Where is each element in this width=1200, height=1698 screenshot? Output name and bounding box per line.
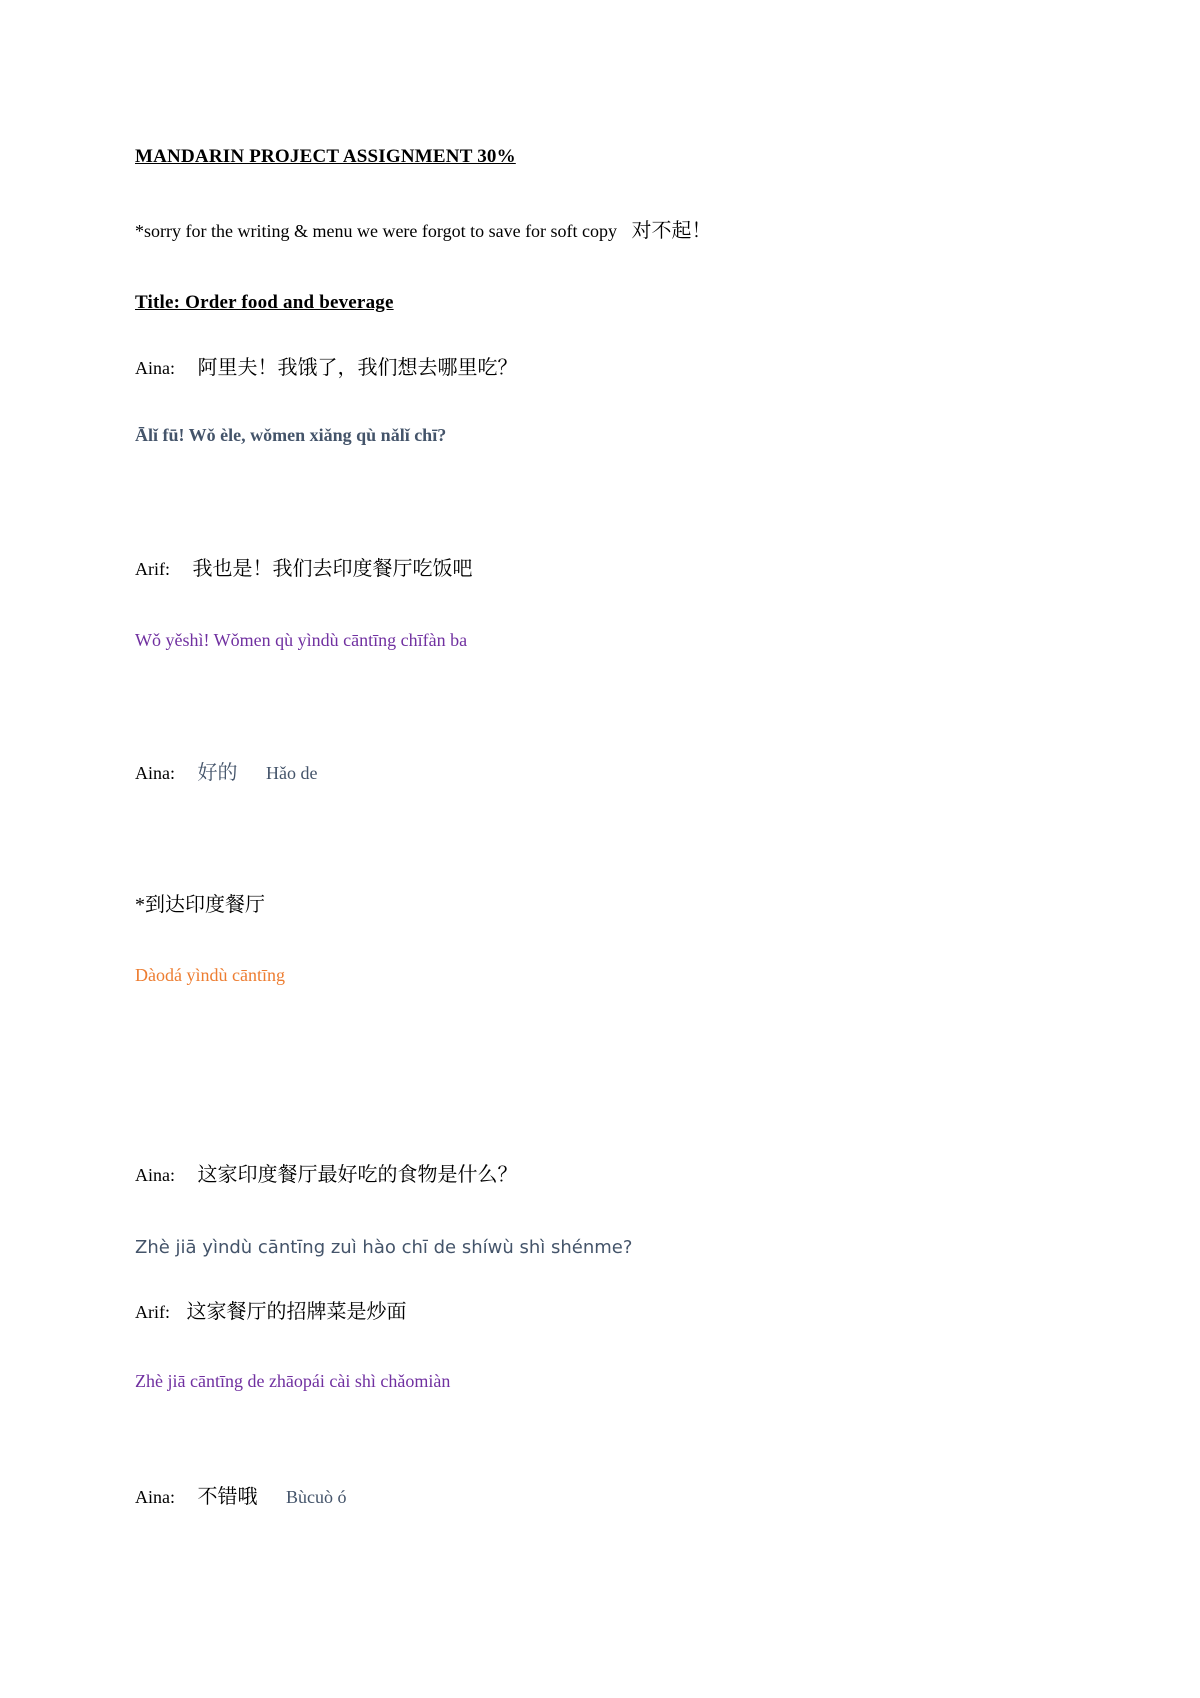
apology-note-english: *sorry for the writing & menu we were fo…	[135, 221, 617, 241]
dialogue-line-aina-3: Aina: 这家印度餐厅最好吃的食物是什么？	[135, 1163, 518, 1188]
chinese-text-aina-2: 好的	[198, 762, 238, 784]
chinese-text-arif-1: 我也是！我们去印度餐厅吃饭吧	[193, 558, 473, 580]
dialogue-line-aina-4: Aina: 不错哦 Bùcuò ó	[135, 1485, 347, 1510]
pinyin-text-aina-4: Bùcuò ó	[286, 1486, 347, 1509]
dialogue-line-aina-2: Aina: 好的 Hǎo de	[135, 761, 317, 786]
chinese-text-aina-1: 阿里夫！我饿了，我们想去哪里吃？	[198, 357, 518, 379]
document-subtitle: Title: Order food and beverage	[135, 291, 394, 315]
pinyin-text-arif-1: Wǒ yěshì! Wǒmen qù yìndù cāntīng chīfàn …	[135, 629, 467, 652]
pinyin-text-aina-1: Ālǐ fū! Wǒ èle, wǒmen xiǎng qù nǎlǐ chī?	[135, 424, 446, 447]
chinese-text-aina-3: 这家印度餐厅最好吃的食物是什么？	[198, 1164, 518, 1186]
pinyin-text-aina-2: Hǎo de	[266, 762, 317, 785]
speaker-label-arif: Arif:	[135, 558, 170, 581]
speaker-label-aina: Aina:	[135, 1164, 175, 1187]
speaker-label-aina: Aina:	[135, 1486, 175, 1509]
dialogue-line-aina-1: Aina: 阿里夫！我饿了，我们想去哪里吃？	[135, 356, 518, 381]
dialogue-line-arif-1: Arif: 我也是！我们去印度餐厅吃饭吧	[135, 557, 473, 582]
speaker-label-arif: Arif:	[135, 1301, 170, 1324]
pinyin-text-aina-3: Zhè jiā yìndù cāntīng zuì hào chī de shí…	[135, 1237, 632, 1260]
pinyin-text-arif-2: Zhè jiā cāntīng de zhāopái cài shì chǎom…	[135, 1370, 450, 1393]
document-title: MANDARIN PROJECT ASSIGNMENT 30%	[135, 145, 516, 169]
dialogue-line-arif-2: Arif: 这家餐厅的招牌菜是炒面	[135, 1300, 407, 1325]
speaker-label-aina: Aina:	[135, 762, 175, 785]
speaker-label-aina: Aina:	[135, 357, 175, 380]
apology-note: *sorry for the writing & menu we were fo…	[135, 219, 712, 244]
scene-note-pinyin: Dàodá yìndù cāntīng	[135, 964, 285, 987]
chinese-text-aina-4: 不错哦	[198, 1486, 258, 1508]
chinese-text-arif-2: 这家餐厅的招牌菜是炒面	[187, 1301, 407, 1323]
scene-note-chinese: *到达印度餐厅	[135, 893, 265, 918]
document-page: MANDARIN PROJECT ASSIGNMENT 30% *sorry f…	[0, 0, 1200, 1698]
apology-note-chinese: 对不起！	[632, 220, 712, 242]
